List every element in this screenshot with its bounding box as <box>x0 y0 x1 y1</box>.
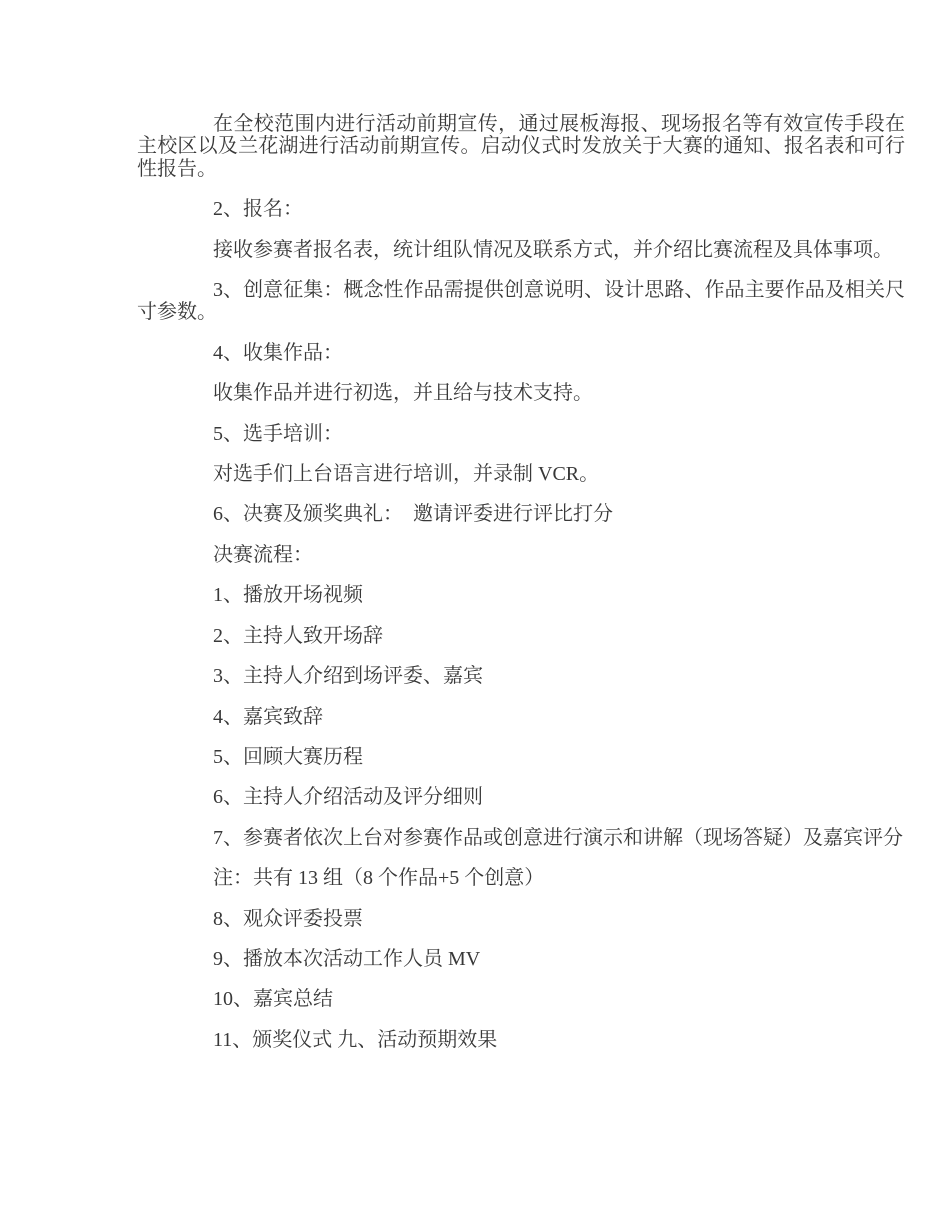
paragraph: 8、观众评委投票 <box>137 908 905 930</box>
paragraph: 3、创意征集：概念性作品需提供创意说明、设计思路、作品主要作品及相关尺寸参数。 <box>137 279 905 324</box>
document-body: 在全校范围内进行活动前期宣传，通过展板海报、现场报名等有效宣传手段在主校区以及兰… <box>137 113 905 1051</box>
paragraph: 10、嘉宾总结 <box>137 988 905 1010</box>
paragraph: 在全校范围内进行活动前期宣传，通过展板海报、现场报名等有效宣传手段在主校区以及兰… <box>137 113 905 180</box>
paragraph: 收集作品并进行初选，并且给与技术支持。 <box>137 382 905 404</box>
paragraph: 7、参赛者依次上台对参赛作品或创意进行演示和讲解（现场答疑）及嘉宾评分 <box>137 827 905 849</box>
paragraph: 2、主持人致开场辞 <box>137 625 905 647</box>
paragraph: 决赛流程： <box>137 544 905 566</box>
paragraph: 2、报名： <box>137 198 905 220</box>
paragraph: 6、主持人介绍活动及评分细则 <box>137 786 905 808</box>
paragraph: 接收参赛者报名表，统计组队情况及联系方式，并介绍比赛流程及具体事项。 <box>137 239 905 261</box>
paragraph: 6、决赛及颁奖典礼： 邀请评委进行评比打分 <box>137 503 905 525</box>
paragraph: 9、播放本次活动工作人员 MV <box>137 948 905 970</box>
paragraph: 对选手们上台语言进行培训，并录制 VCR。 <box>137 463 905 485</box>
paragraph: 3、主持人介绍到场评委、嘉宾 <box>137 665 905 687</box>
document-page: 在全校范围内进行活动前期宣传，通过展板海报、现场报名等有效宣传手段在主校区以及兰… <box>0 0 950 1229</box>
paragraph: 4、嘉宾致辞 <box>137 706 905 728</box>
paragraph: 5、选手培训： <box>137 423 905 445</box>
paragraph: 4、收集作品： <box>137 342 905 364</box>
paragraph: 5、回顾大赛历程 <box>137 746 905 768</box>
paragraph: 注：共有 13 组（8 个作品+5 个创意） <box>137 867 905 889</box>
paragraph: 11、颁奖仪式 九、活动预期效果 <box>137 1029 905 1051</box>
paragraph: 1、播放开场视频 <box>137 584 905 606</box>
